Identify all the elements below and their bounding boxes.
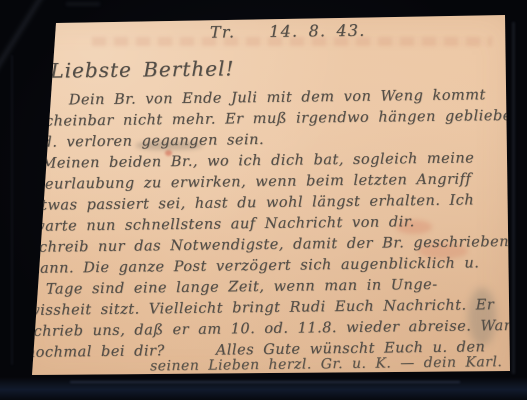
handwriting-line: wissheit sitzt. Vielleicht bringt Rudi E…: [27, 297, 494, 319]
sleeve-bottom-highlight: [70, 381, 460, 383]
dateline: Tr.14. 8. 43.: [210, 21, 366, 42]
handwriting-line: scheinbar nicht mehr. Er muß irgendwo hä…: [37, 108, 522, 130]
photo-backdrop: Tr.14. 8. 43. Liebste Berthel! Dein Br. …: [0, 0, 527, 400]
handwriting-line: 8 Tage sind eine lange Zeit, wenn man in…: [27, 277, 438, 298]
salutation: Liebste Berthel!: [50, 56, 234, 82]
dateline-date: 14. 8. 43.: [269, 21, 366, 41]
sleeve-bottom-edge: [0, 377, 527, 400]
handwriting-line: etwas passiert sei, hast du wohl längst …: [32, 192, 474, 213]
handwriting-line: warte nun schnellstens auf Nachricht von…: [32, 214, 415, 235]
postcard: Tr.14. 8. 43. Liebste Berthel! Dein Br. …: [0, 0, 527, 400]
handwriting-line: Schreib nur das Notwendigste, damit der …: [28, 234, 509, 256]
handwriting-line: schrieb uns, daß er am 10. od. 11.8. wie…: [25, 318, 527, 340]
sleeve-edge-highlight-topleft: [0, 0, 44, 74]
handwriting-line: od. verloren gegangen sein.: [33, 132, 264, 151]
handwriting-line: Meinen beiden Br., wo ich dich bat, sogl…: [41, 150, 474, 171]
signature-line: seinen Lieben herzl. Gr. u. K. — dein Ka…: [150, 354, 502, 374]
sleeve-edge-highlight-left: [11, 55, 13, 365]
handwriting-line: Beurlaubung zu erwirken, wenn beim letzt…: [34, 171, 472, 192]
sleeve-edge-highlight-top: [66, 2, 100, 6]
handwritten-text: Tr.14. 8. 43. Liebste Berthel! Dein Br. …: [0, 0, 527, 400]
sleeve-edge-highlight-right: [512, 22, 515, 374]
handwriting-line: kann. Die ganze Post verzögert sich auge…: [31, 255, 480, 276]
handwriting-line: nochmal bei dir?: [26, 343, 165, 361]
handwriting-line: Dein Br. von Ende Juli mit dem von Weng …: [69, 87, 486, 108]
dateline-place: Tr.: [210, 22, 235, 41]
